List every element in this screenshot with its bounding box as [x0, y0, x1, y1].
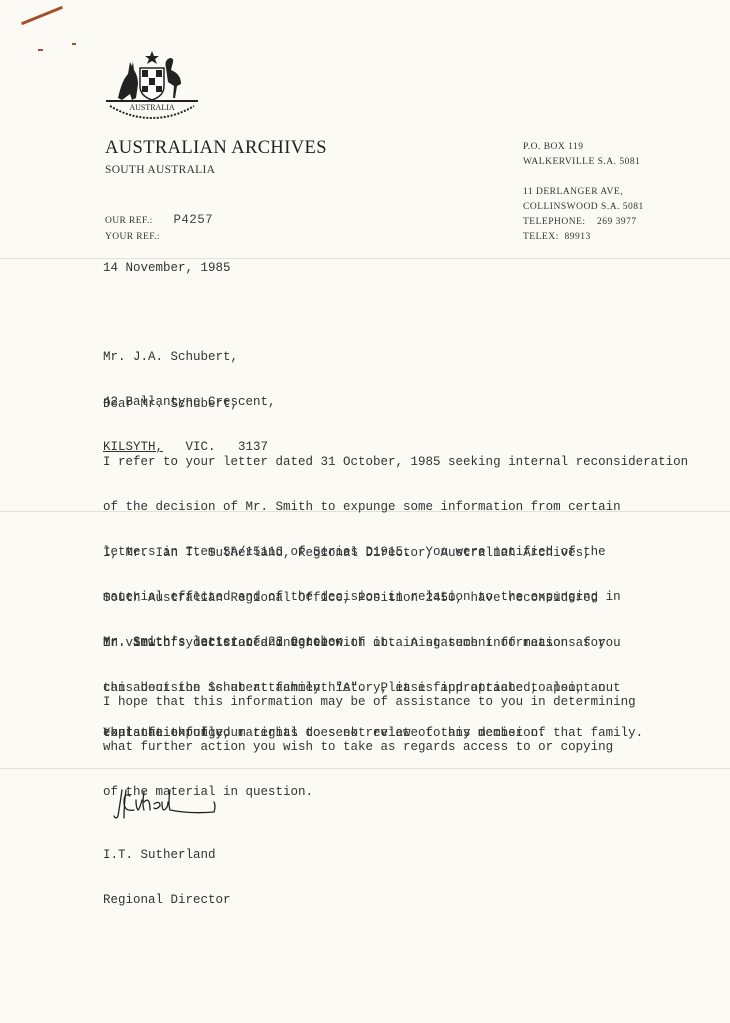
paragraph-line: I, Mr. Ian T. Sutherland, Regional Direc… — [103, 546, 606, 561]
paper-fold-line — [0, 258, 730, 259]
paragraph-line: of the decision of Mr. Smith to expunge … — [103, 500, 688, 515]
contact-block: P.O. BOX 119 WALKERVILLE S.A. 5081 11 DE… — [523, 140, 644, 245]
po-box: P.O. BOX 119 — [523, 140, 644, 155]
signatory-name: I.T. Sutherland — [103, 848, 231, 863]
recipient-name: Mr. J.A. Schubert, — [103, 350, 276, 365]
paragraph-line: In view of your stated intention of obta… — [103, 636, 643, 651]
organization-name: AUSTRALIAN ARCHIVES — [105, 138, 327, 159]
signatory-title: Regional Director — [103, 893, 231, 908]
organization-division: SOUTH AUSTRALIA — [105, 164, 215, 176]
telex-line: TELEX: 89913 — [523, 230, 644, 245]
telephone-line: TELEPHONE: 269 3977 — [523, 215, 644, 230]
pen-mark — [72, 43, 76, 45]
pen-mark — [21, 6, 63, 25]
paragraph-line: I hope that this information may be of a… — [103, 695, 636, 710]
street-address: 11 DERLANGER AVE, — [523, 185, 644, 200]
your-ref-label: YOUR REF.: — [105, 232, 160, 242]
coat-of-arms-icon: AUSTRALIA — [102, 48, 202, 122]
our-ref-value: P4257 — [174, 213, 214, 227]
your-ref-line: YOUR REF.: — [105, 228, 213, 246]
letter-date: 14 November, 1985 — [103, 261, 231, 276]
telephone-number: 269 3977 — [597, 217, 637, 227]
paragraph-line: I refer to your letter dated 31 October,… — [103, 455, 688, 470]
pen-mark — [38, 49, 43, 51]
paragraph-line: South Australian Regional Office, Positi… — [103, 591, 606, 606]
emblem-label: AUSTRALIA — [129, 103, 175, 112]
street-city: COLLINSWOOD S.A. 5081 — [523, 200, 644, 215]
telephone-label: TELEPHONE: — [523, 217, 586, 227]
salutation: Dear Mr. Schubert, — [103, 397, 238, 412]
telex-label: TELEX: — [523, 232, 559, 242]
closing: Yours faithfully, — [103, 726, 231, 741]
telex-number: 89913 — [564, 232, 590, 242]
po-city: WALKERVILLE S.A. 5081 — [523, 155, 644, 170]
reference-block: OUR REF.: P4257 YOUR REF.: — [105, 212, 213, 246]
paragraph-line: what further action you wish to take as … — [103, 740, 636, 755]
signatory-block: I.T. Sutherland Regional Director — [103, 818, 231, 923]
our-ref-label: OUR REF.: — [105, 216, 153, 226]
